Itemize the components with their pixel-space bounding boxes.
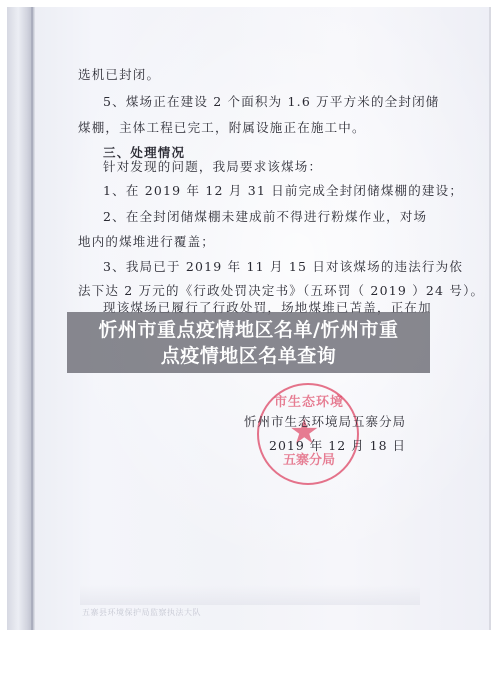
title-overlay-banner: 忻州市重点疫情地区名单/忻州市重 点疫情地区名单查询 <box>67 312 430 373</box>
overlay-title-line-1: 忻州市重点疫情地区名单/忻州市重 <box>67 317 430 343</box>
faint-footer-text: 五寨县环境保护局监察执法大队 <box>82 607 201 618</box>
doc-line: 2、在全封闭储煤棚未建成前不得进行粉煤作业，对场 <box>103 207 427 225</box>
signature-date: 2019 年 12 月 18 日 <box>269 436 406 454</box>
doc-line: 3、我局已于 2019 年 11 月 15 日对该煤场的违法行为依 <box>103 257 463 275</box>
doc-line: 1、在 2019 年 12 月 31 日前完成全封闭储煤棚的建设； <box>103 181 463 199</box>
signature-organization: 忻州市生态环境局五寨分局 <box>244 412 406 430</box>
page-binding-line <box>31 7 33 630</box>
doc-line: 法下达 2 万元的《行政处罚决定书》（五环罚（ 2019 ）24 号）。 <box>78 281 484 299</box>
doc-line: 煤棚，主体工程已完工，附属设施正在施工中。 <box>78 118 366 136</box>
official-seal: 市生态环境 ★ 五寨分局 <box>257 383 359 485</box>
doc-line: 选机已封闭。 <box>78 65 160 83</box>
doc-line: 5、煤场正在建设 2 个面积为 1.6 万平方米的全封闭储 <box>103 92 439 110</box>
seal-text-top: 市生态环境 <box>269 391 349 410</box>
page-fold-shadow <box>80 585 420 605</box>
doc-line: 地内的煤堆进行覆盖； <box>78 232 215 250</box>
overlay-title-line-2: 点疫情地区名单查询 <box>67 343 430 369</box>
doc-line: 针对发现的问题，我局要求该煤场： <box>103 157 322 175</box>
